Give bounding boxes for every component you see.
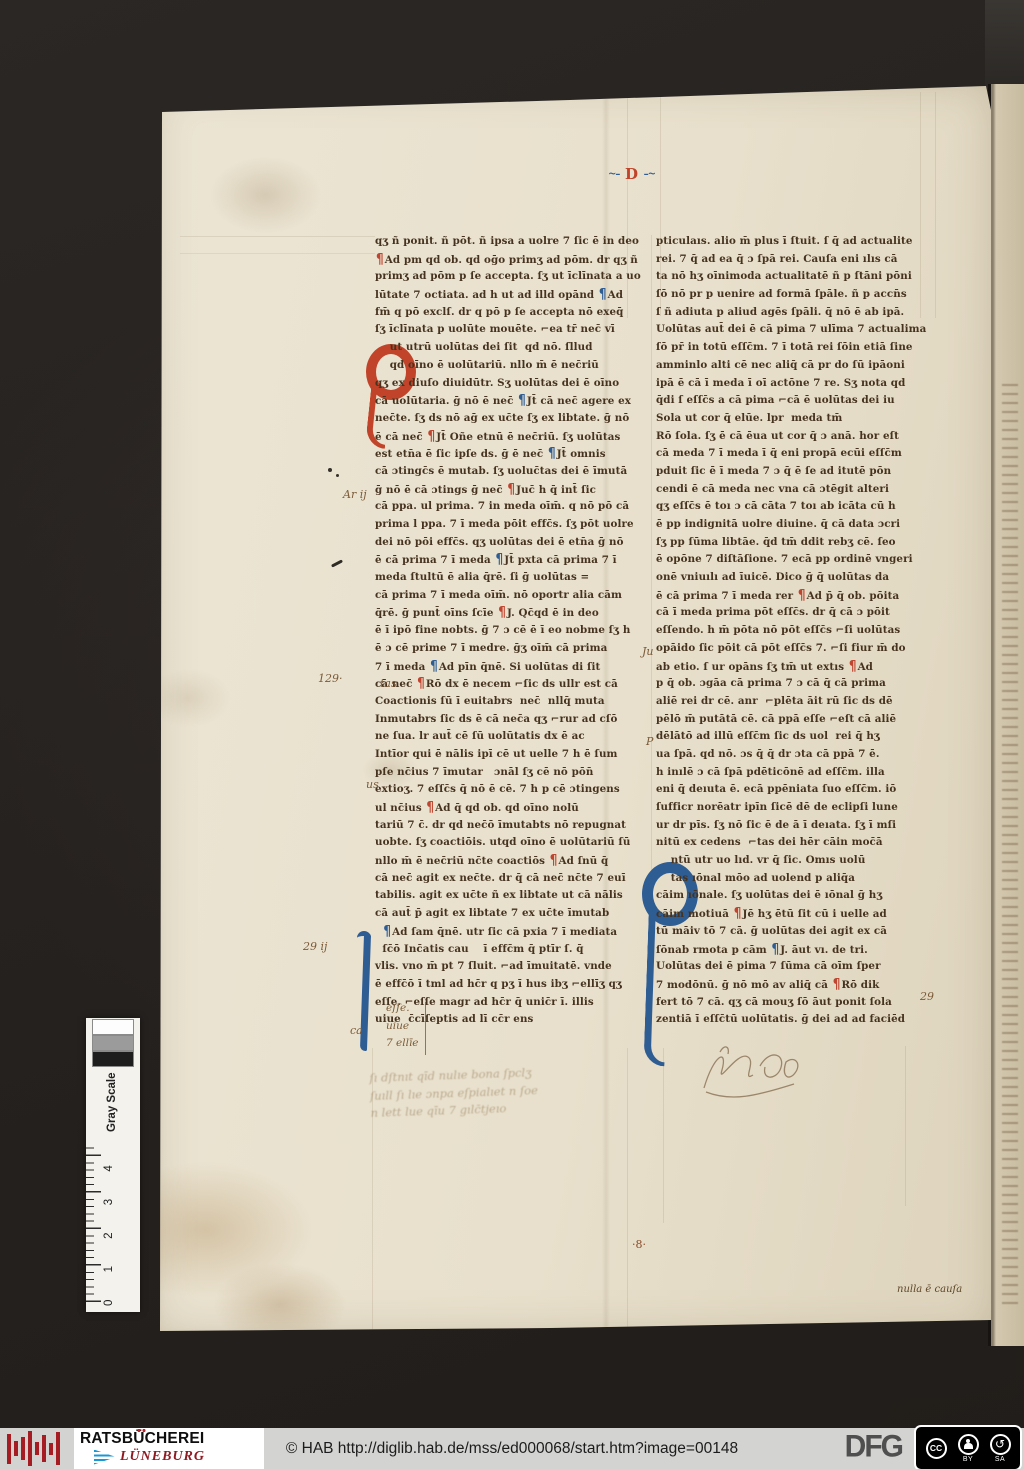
manuscript-line: ē cā prima 7 ī meda ¶Jt̄ pxta cā prima 7… [375, 551, 651, 569]
manuscript-line: qʒ ñ ponit. ñ pōt. ñ ipsa a uolre 7 ſic … [375, 233, 651, 251]
paragraph-mark: ¶ [376, 249, 384, 270]
manuscript-line: ſō nō pr p uenire ad formā ſpāle. ñ p ac… [656, 286, 932, 304]
header-flourish-right: –~ [644, 169, 655, 180]
manuscript-line: amminlo alti cē nec aliq̄ cā pr do ſū ip… [656, 357, 932, 375]
paragraph-mark: ¶ [427, 426, 435, 447]
margin-note: ca [350, 1024, 363, 1037]
cc-by-icon [958, 1434, 979, 1455]
manuscript-line: ē ɔ cē prime 7 ī medre. ḡʒ oīm̄ cā prima [375, 640, 651, 658]
manuscript-line: q̄di ſ eſſc̄s a cā pima ⌐cā ē uolūtas de… [656, 392, 932, 410]
manuscript-line: qd oīno ē uolūtariū. nllo m̄ ē nec̄riū [375, 357, 651, 375]
manuscript-line: fm̄ q pō exclſ. dr q pō p ſe accepta nō … [375, 304, 651, 322]
margin-note: 29 ij [303, 940, 327, 953]
ruler-number: 3 [103, 1172, 115, 1206]
gloss-item: eſſe. [386, 1002, 419, 1020]
manuscript-line: ab etio. ſ ur opāns ſʒ tm̄ ut extıs ¶Ad [656, 658, 932, 676]
margin-note: Ju [642, 645, 654, 658]
manuscript-line: ē opōne 7 diſtāſione. 7 ecā pp ordinē vn… [656, 551, 932, 569]
paragraph-mark: ¶ [383, 921, 391, 942]
manuscript-line: ḡ nō ē cā ɔtings ḡ nec̄ ¶Juc̄ h q̄ int̄ … [375, 481, 651, 499]
text-column-left: qʒ ñ ponit. ñ pōt. ñ ipsa a uolre 7 ſic … [375, 233, 651, 1029]
manuscript-line: ne ſua. lr aut̄ cē ſū uolūtatis dx ē ac [375, 728, 651, 746]
manuscript-line: cā aut̄ p̄ agit ex libtate 7 ex uc̄te īm… [375, 905, 651, 923]
pen-scribble [690, 1042, 820, 1112]
manuscript-line: ſc̄ō Inc̄atis cau ī effc̄m q̄ ptīr ſ. q̄ [375, 941, 651, 959]
manuscript-line: p q̄ ob. ɔgāa cā prima 7 ɔ cā q̄ cā prim… [656, 675, 932, 693]
manuscript-line: pduit ſic ē ī meda 7 ɔ q̄ ē ſe ad itutē … [656, 463, 932, 481]
paragraph-mark: ¶ [548, 443, 556, 464]
paragraph-mark: ¶ [496, 550, 504, 571]
ink-smudge [331, 559, 343, 567]
manuscript-line: h inılē ɔ cā ſpā pdēticōnē ad eſſc̄m. il… [656, 764, 932, 782]
manuscript-line: cā nec̄ agit ex nec̄te. dr q̄ cā nec̄ nc… [375, 870, 651, 888]
manuscript-line: pſe nc̄ius 7 īmutar ɔnāl ſʒ cē nō pōn̄ [375, 764, 651, 782]
paragraph-mark: ¶ [734, 903, 742, 924]
ruler-number: 4 [103, 1138, 115, 1172]
ruler-content: 01234 Gray Scale [86, 1018, 140, 1312]
ink-speck [336, 474, 339, 477]
manuscript-line: opāido ſic pōit cā pōt eſſc̄s 7. ⌐ſi fiu… [656, 640, 932, 658]
margin-note: ·8· [632, 1238, 646, 1251]
manuscript-line: Sola ut cor q̄ elūe. lpr meda tm̄ [656, 410, 932, 428]
paragraph-mark: ¶ [507, 479, 515, 500]
manuscript-line: cā ppa. ul prima. 7 in meda oīm̄. q nō p… [375, 498, 651, 516]
manuscript-line: qʒ eſſc̄s ē toı ɔ cā cāta 7 toı ab icāta… [656, 498, 932, 516]
person-icon [963, 1439, 974, 1450]
manuscript-line: ſʒ īclīnata p uolūte mouēte. ⌐ea tr̄ nec… [375, 321, 651, 339]
manuscript-line: Inmutabrs ſic ds ē cā nec̄a qʒ ⌐rur ad c… [375, 711, 651, 729]
margin-note: 29 [920, 990, 934, 1003]
ruler-numbers: 01234 [103, 1138, 115, 1306]
manuscript-line: qʒ ex diuſo diuidūtr. Sʒ uolūtas dei ē o… [375, 375, 651, 393]
manuscript-line: Coactionis ſū ī euitabrs nec̄ nllq̄ muta [375, 693, 651, 711]
manuscript-line: ut utrū uolūtas dei ſit qd nō. ſllud [375, 339, 651, 357]
manuscript-line: ſufficr norēatr ipīn ſicē dē de eclipſi … [656, 799, 932, 817]
ruling-line [935, 92, 936, 318]
gray-scale-ruler: 01234 Gray Scale [86, 1018, 140, 1312]
manuscript-line: ntū utr uo lıd. vr q̄ ſic. Omıs uolū [656, 852, 932, 870]
ruling-line [905, 1046, 906, 1206]
manuscript-line: ta nō hʒ oīnimoda actualitatē ñ p ſtāni … [656, 268, 932, 286]
manuscript-line: extioʒ. 7 eſſc̄s q̄ nō ē cē. 7 h p cē ɔt… [375, 781, 651, 799]
manuscript-line: ¶Ad pm qd ob. qd oḡo primʒ ad pōm. dr qʒ… [375, 251, 651, 269]
manuscript-line: ur dr pīs. ſʒ nō ſic ē de ā ī deıata. ſʒ… [656, 817, 932, 835]
manuscript-line: Uolūtas dei ē pima 7 ſūma cā oīm ſper [656, 958, 932, 976]
ruler-number: 1 [103, 1239, 115, 1273]
manuscript-line: zentiā ī eſſc̄tū uolūtatis. ḡ dei ad ad … [656, 1011, 932, 1029]
book-binding-shadow [985, 0, 1024, 92]
manuscript-line: est etn̄a ē ſic ipſe ds. ḡ ē nec̄ ¶Jt̄ o… [375, 445, 651, 463]
margin-note: 129· [318, 672, 343, 685]
manuscript-line: ſō pr̄ in totū eſſc̄m. 7 ī totā rei ſōin… [656, 339, 932, 357]
margin-note: Ar ij [343, 488, 367, 501]
running-header: ~– D –~ [608, 164, 655, 183]
paragraph-mark: ¶ [426, 797, 434, 818]
manuscript-line: tariū 7 c̄. dr qd nec̄ō īmutabts nō repu… [375, 817, 651, 835]
paragraph-mark: ¶ [417, 673, 425, 694]
manuscript-line: ul nc̄ius ¶Ad q̄ qd ob. qd oīno nolū [375, 799, 651, 817]
paragraph-mark: ¶ [599, 284, 607, 305]
manuscript-line: ſ ñ adiuta p aliud agēs ſpāli. q̄ nō ē a… [656, 304, 932, 322]
manuscript-line: meda ſtultū ē alia q̄rē. ſi ḡ uolūtas = [375, 569, 651, 587]
manuscript-line: ſōnab rmota p cām ¶J. āut vı. de tri. [656, 941, 932, 959]
manuscript-line: eſſendo. h m̄ pōta nō pōt eſſc̄s ⌐ſi uol… [656, 622, 932, 640]
manuscript-line: ua ſpā. qd nō. ɔs q̄ q̄ dr ɔta cā ppā 7 … [656, 746, 932, 764]
paragraph-mark: ¶ [498, 603, 506, 624]
manuscript-line: ē effc̄ō ī tml ad hc̄r q pʒ ī hus ibʒ ⌐e… [375, 976, 651, 994]
patch-gray [92, 1035, 134, 1051]
ruling-line [180, 236, 375, 237]
paragraph-mark: ¶ [550, 850, 558, 871]
manuscript-line: ſʒ pp ſūma libtāe. q̄d tm̄ ddit rebʒ cē.… [656, 534, 932, 552]
manuscript-line: q̄rē. ḡ punt̄ oīns ſcīe ¶J. Qc̄qd ē in d… [375, 604, 651, 622]
manuscript-line: tabilis. agit ex uc̄te ñ ex libtate ut c… [375, 887, 651, 905]
manuscript-line: cā meda 7 ī meda ī q̄ eni propā ecūi eſſ… [656, 445, 932, 463]
manuscript-line: cā uolūtaria. ḡ nō ē nec̄ ¶Jt̄ cā nec̄ a… [375, 392, 651, 410]
gray-scale-patches [92, 1019, 134, 1067]
manuscript-line: ē cā prima 7 ī meda rer ¶Ad p̄ q̄ ob. pō… [656, 587, 932, 605]
manuscript-line: cā ɔtingc̄s ē mutab. ſʒ uoluc̄tas dei ē … [375, 463, 651, 481]
initial-j-blue [362, 933, 369, 1051]
margin-note: us [366, 778, 379, 791]
manuscript-line: cā nec̄ ¶Rō dx ē necem ⌐ſic ds ullr est … [375, 675, 651, 693]
paragraph-mark: ¶ [849, 656, 857, 677]
manuscript-line: ipā ē cā ī meda ī oī actōne 7 re. Sʒ not… [656, 375, 932, 393]
paragraph-mark: ¶ [430, 656, 438, 677]
dfg-logo: DFG [845, 1429, 902, 1465]
manuscript-line: cāim motiuā ¶Jē hʒ ētū ſit cū i uelle ad [656, 905, 932, 923]
manuscript-line: tas ıōnal mōo ad uolend p aliq̄a [656, 870, 932, 888]
ruling-line [627, 1048, 628, 1343]
manuscript-line: cāim ıōnale. ſʒ uolūtas dei ē ıōnal ḡ hʒ [656, 887, 932, 905]
manuscript-line: prima l ppa. 7 ī meda pōit effc̄s. ſʒ pō… [375, 516, 651, 534]
manuscript-line: nitū ex cedens ⌐tas dei hēr cāin moc̄ā [656, 834, 932, 852]
ruler-number: 2 [103, 1205, 115, 1239]
gloss-stack: eſſe.uiue7 ellīe [386, 1002, 426, 1055]
manuscript-line: eni q̄ deıuta ē. ecā ppēniata ſuo eſſc̄m… [656, 781, 932, 799]
cc-by-label: BY [963, 1456, 973, 1463]
manuscript-page: ~– D –~ qʒ ñ ponit. ñ pōt. ñ ipsa a uolr… [150, 80, 996, 1338]
manuscript-line: onē vniuılı ad īuicē. Dico ḡ q̄ uolūtas … [656, 569, 932, 587]
ink-speck [328, 468, 332, 472]
manuscript-line: ē cā nec̄ ¶Jt̄ Oñe etnū ē nec̄riū. ſʒ uo… [375, 428, 651, 446]
manuscript-line: nec̄te. ſʒ ds nō aḡ ex uc̄te ſʒ ex libta… [375, 410, 651, 428]
manuscript-line: rei. 7 q̄ ad ea q̄ ɔ ſpā rei. Cauſa eni … [656, 251, 932, 269]
paragraph-mark: ¶ [798, 585, 806, 606]
ruler-major-ticks [86, 1142, 101, 1302]
manuscript-line: nllo m̄ ē nec̄riū nc̄te coactiōs ¶Ad ſnū… [375, 852, 651, 870]
manuscript-line: ē pp indignitā uolre diuine. q̄ cā data … [656, 516, 932, 534]
footer-bar: RATSBÜCHEREI LÜNEBURG © HAB http://digli… [0, 1428, 1024, 1469]
margin-note: nulla ē cauſa [897, 1284, 962, 1295]
manuscript-line: cā prima 7 ī meda oīm̄. nō oportr alia c… [375, 587, 651, 605]
manuscript-line: pticulaıs. alio m̄ plus ī ſtuit. ſ q̄ ad… [656, 233, 932, 251]
manuscript-line: cendi ē cā meda nec vna cā ɔtēgit alteri [656, 481, 932, 499]
manuscript-line: vlis. vno m̄ pt 7 ſluit. ⌐ad īmuitatē. v… [375, 958, 651, 976]
manuscript-line: dēlātō ad illū eſſc̄m ſic ds uol rei q̄ … [656, 728, 932, 746]
manuscript-line: cā ī meda prima pōt eſſc̄s. dr q̄ cā ɔ p… [656, 604, 932, 622]
manuscript-line: primʒ ad pōm p ſe accepta. ſʒ ut īclīnat… [375, 268, 651, 286]
manuscript-line: Uolūtas aut̄ dei ē cā pima 7 ulīma 7 act… [656, 321, 932, 339]
manuscript-line: dei nō pōi effc̄s. qʒ uolūtas dei ē etn̄… [375, 534, 651, 552]
erased-ghost-text: ſı dſtnıt qīd nulıe bona ſpclʒſuıll ſı l… [369, 1065, 539, 1124]
patch-black [92, 1051, 134, 1067]
header-letter: D [625, 165, 638, 183]
gloss-item: 7 ellīe [386, 1037, 419, 1055]
patch-white [92, 1019, 134, 1035]
cc-sa-icon: ↺ [990, 1434, 1011, 1455]
header-flourish-left: ~– [608, 169, 619, 180]
manuscript-line: tū māiv tō 7 cā. ḡ uolūtas dei agit ex c… [656, 923, 932, 941]
margin-note: tas [380, 677, 397, 690]
ruling-line [663, 1048, 664, 1223]
text-column-right: pticulaıs. alio m̄ plus ī ſtuit. ſ q̄ ad… [656, 233, 932, 1029]
paragraph-mark: ¶ [771, 939, 779, 960]
gray-scale-label: Gray Scale [106, 1073, 118, 1132]
cc-sa-label: SA [995, 1456, 1005, 1463]
adjacent-page-showthrough-text [1002, 384, 1018, 1304]
manuscript-line: lūtate 7 octiata. ad h ut ad illd opānd … [375, 286, 651, 304]
ruling-line [180, 253, 375, 254]
manuscript-line: fert tō 7 cā. qʒ cā mouʒ ſō āut ponit ſo… [656, 994, 932, 1012]
manuscript-line: Intīor qui ē nālis ipī cē ut uelle 7 h ē… [375, 746, 651, 764]
cc-license-badge: CC BY ↺ SA [914, 1425, 1022, 1469]
manuscript-line: 7 modōnū. ḡ nō mō av aliq̄ cā ¶Rō dik [656, 976, 932, 994]
manuscript-line: ē ī ipō fine nobts. ḡ 7 ɔ cē ē ī eo nobm… [375, 622, 651, 640]
adjacent-page-edge [988, 84, 1024, 1346]
manuscript-line: uobte. ſʒ coactiōis. utqd oīno ē uolūtar… [375, 834, 651, 852]
gloss-item: uiue [386, 1020, 419, 1038]
manuscript-line: aliē rei dr cē. anr ⌐plēta āit rū ſic ds… [656, 693, 932, 711]
cc-icon: CC [926, 1438, 947, 1459]
manuscript-line: pēlō m̄ putātā cē. cā ppā eſſe ⌐eſt cā a… [656, 711, 932, 729]
paragraph-mark: ¶ [833, 974, 841, 995]
paragraph-mark: ¶ [518, 390, 526, 411]
ruler-ticks: 01234 [86, 1134, 140, 1302]
manuscript-line: ¶Ad ſam q̄nē. utr ſic cā pxia 7 ī mediat… [375, 923, 651, 941]
margin-note: P [646, 735, 653, 748]
manuscript-line: Rō ſola. ſʒ ē cā ēua ut cor q̄ ɔ anā. ho… [656, 428, 932, 446]
ruler-number: 0 [103, 1272, 115, 1306]
